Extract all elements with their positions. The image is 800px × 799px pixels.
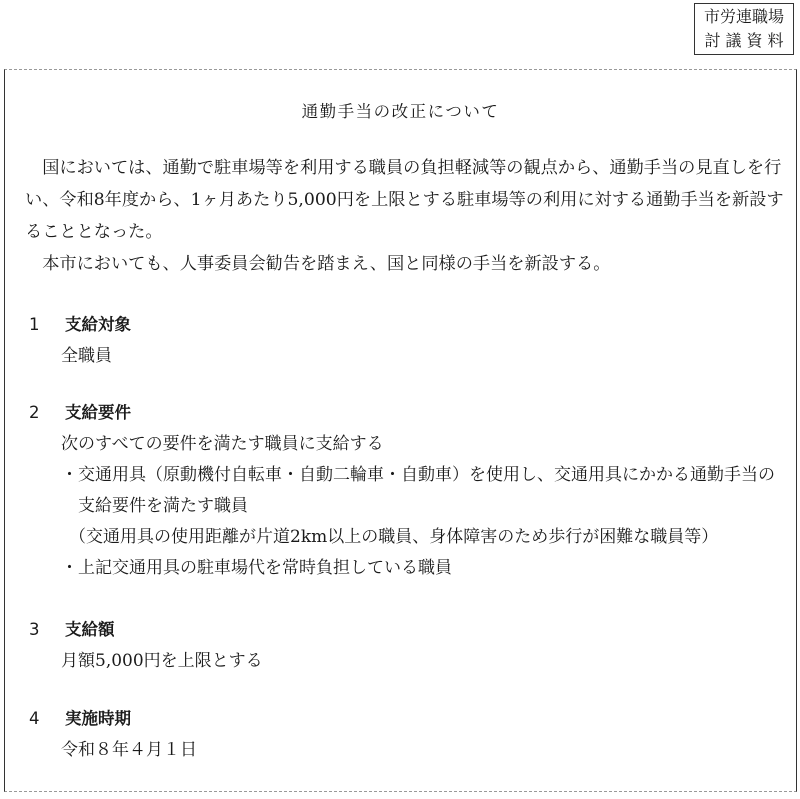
section-number: 2 [25, 401, 65, 425]
list-item: ・ 交通用具（原動機付自転車・自動二輪車・自動車）を使用し、交通用具にかかる通勤… [61, 460, 785, 522]
section-body: 月額5,000円を上限とする [25, 646, 785, 677]
section-number: 1 [25, 313, 65, 337]
section-title: 支給額 [65, 618, 115, 642]
section-amount: 3 支給額 月額5,000円を上限とする [25, 618, 785, 677]
stamp-line-2: 討議資料 [695, 29, 793, 53]
section-body: 令和８年４月１日 [25, 735, 785, 766]
section-title: 支給要件 [65, 401, 131, 425]
section-title: 実施時期 [65, 707, 131, 731]
section-heading: 4 実施時期 [25, 707, 785, 731]
section-body: 全職員 [25, 341, 785, 372]
intro-paragraph-2: 本市においても、人事委員会勧告を踏まえ、国と同様の手当を新設する。 [25, 248, 785, 280]
intro-paragraphs: 国においては、通勤で駐車場等を利用する職員の負担軽減等の観点から、通勤手当の見直… [25, 152, 785, 280]
bullet-text: 交通用具（原動機付自転車・自動二輪車・自動車）を使用し、交通用具にかかる通勤手当… [78, 460, 785, 522]
section-number: 3 [25, 618, 65, 642]
section-number: 4 [25, 707, 65, 731]
bullet-text: 上記交通用具の駐車場代を常時負担している職員 [78, 553, 452, 584]
document-title: 通勤手当の改正について [5, 98, 796, 122]
intro-paragraph-1: 国においては、通勤で駐車場等を利用する職員の負担軽減等の観点から、通勤手当の見直… [25, 152, 785, 248]
bullet-note: （交通用具の使用距離が片道2km以上の職員、身体障害のため歩行が困難な職員等） [61, 522, 785, 553]
section-heading: 2 支給要件 [25, 401, 785, 425]
bullet-marker: ・ [61, 460, 78, 522]
stamp-line-1: 市労連職場 [695, 5, 793, 29]
document-stamp: 市労連職場 討議資料 [694, 3, 794, 55]
section-heading: 3 支給額 [25, 618, 785, 642]
bullet-marker: ・ [61, 553, 78, 584]
section-requirements: 2 支給要件 次のすべての要件を満たす職員に支給する ・ 交通用具（原動機付自転… [25, 401, 785, 584]
document-frame: 通勤手当の改正について 国においては、通勤で駐車場等を利用する職員の負担軽減等の… [4, 69, 797, 792]
section-eligibility: 1 支給対象 全職員 [25, 313, 785, 372]
section-title: 支給対象 [65, 313, 131, 337]
list-item: ・ 上記交通用具の駐車場代を常時負担している職員 [61, 553, 785, 584]
section-effective-date: 4 実施時期 令和８年４月１日 [25, 707, 785, 766]
section-heading: 1 支給対象 [25, 313, 785, 337]
requirements-intro: 次のすべての要件を満たす職員に支給する [61, 429, 785, 460]
section-body: 次のすべての要件を満たす職員に支給する ・ 交通用具（原動機付自転車・自動二輪車… [25, 429, 785, 584]
